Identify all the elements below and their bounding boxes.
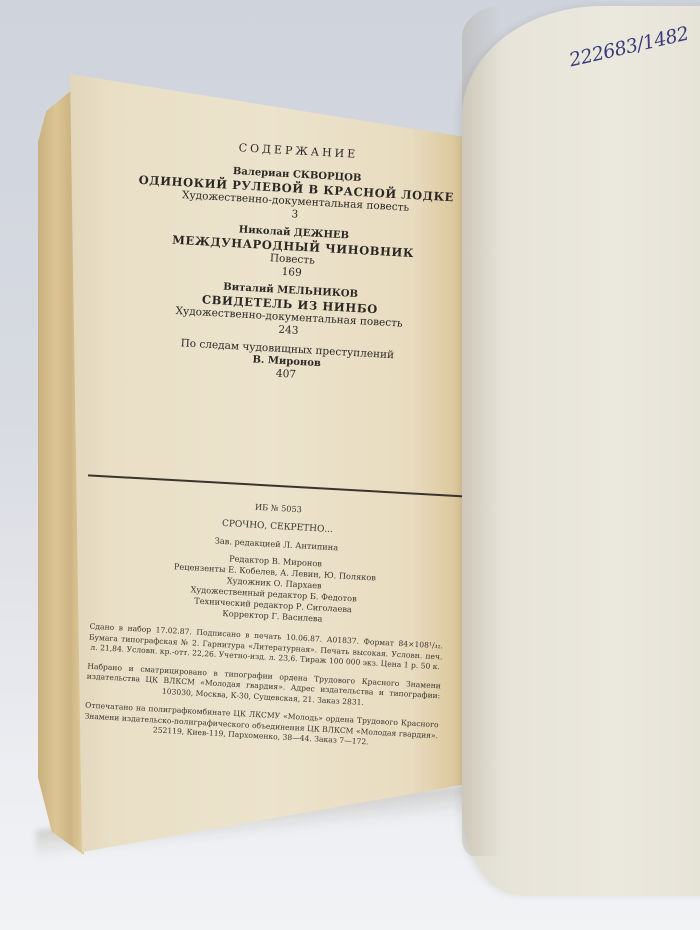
imprint-staff-list: Редактор В. Миронов Рецензенты Е. Кобеле… [82,545,465,632]
divider-rule [88,474,464,497]
right-page-shadow [462,6,502,856]
imprint: ИБ № 5053 СРОЧНО, СЕКРЕТНО... Зав. редак… [76,492,469,752]
contents-page: СОДЕРЖАНИЕ Валериан СКВОРЦОВ ОДИНОКИЙ РУ… [70,118,490,858]
